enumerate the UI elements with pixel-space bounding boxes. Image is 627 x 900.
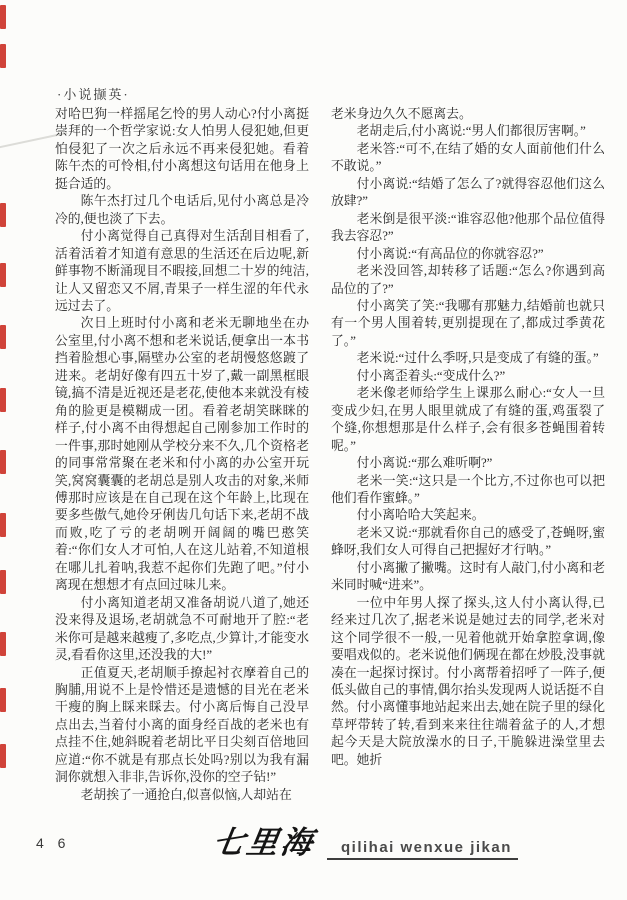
body-paragraph: 付小离觉得自己真得对生活刮目相看了,活着活着才知道有意思的生活还在后边呢,新鲜事… — [55, 228, 309, 315]
right-column: 老米身边久久不愿离去。老胡走后,付小离说:“男人们都很厉害啊。”老米答:“可不,… — [331, 106, 605, 824]
red-edge-mark — [0, 44, 6, 68]
journal-logo-pinyin: qilihai wenxue jikan — [327, 839, 518, 860]
body-paragraph: 陈午杰打过几个电话后,见付小离总是冷冷的,便也淡了下去。 — [55, 193, 309, 228]
left-column: 对哈巴狗一样摇尾乞怜的男人动心?付小离挺崇拜的一个哲学家说:女人怕男人侵犯她,但… — [55, 106, 309, 824]
body-paragraph: 对哈巴狗一样摇尾乞怜的男人动心?付小离挺崇拜的一个哲学家说:女人怕男人侵犯她,但… — [55, 106, 309, 193]
red-edge-mark — [0, 388, 6, 412]
red-edge-mark — [0, 632, 6, 656]
body-paragraph: 老米身边久久不愿离去。 — [331, 106, 605, 123]
red-edge-mark — [0, 203, 6, 227]
body-paragraph: 付小离撇了撇嘴。这时有人敲门,付小离和老米同时喊“进来”。 — [331, 560, 605, 595]
red-edge-mark — [0, 744, 6, 768]
red-edge-mark — [0, 325, 6, 349]
body-paragraph: 老米没回答,却转移了话题:“怎么?你遇到高品位的了?” — [331, 263, 605, 298]
body-paragraph: 一位中年男人探了探头,这人付小离认得,已经来过几次了,据老米说是她过去的同学,老… — [331, 595, 605, 770]
red-edge-mark — [0, 450, 6, 474]
body-paragraph: 老胡挨了一通抢白,似喜似恼,人却站在 — [55, 787, 309, 804]
section-header: ·小说撷英· — [57, 84, 130, 103]
body-paragraph: 付小离知道老胡又准备胡说八道了,她还没来得及退场,老胡就急不可耐地开了腔:“老米… — [55, 595, 309, 665]
journal-logo-chinese: 七里海 — [210, 826, 317, 860]
body-paragraph: 付小离说:“有高品位的你就容忍?” — [331, 246, 605, 263]
body-paragraph: 付小离说:“结婚了怎么了?就得容忍他们这么放肆?” — [331, 176, 605, 211]
body-paragraph: 付小离说:“那么难听啊?” — [331, 455, 605, 472]
body-paragraph: 老米答:“可不,在结了婚的女人面前他们什么不敢说。” — [331, 141, 605, 176]
body-paragraph: 老米说:“过什么季呀,只是变成了有缝的蛋。” — [331, 350, 605, 367]
scanned-magazine-page: ·小说撷英· 对哈巴狗一样摇尾乞怜的男人动心?付小离挺崇拜的一个哲学家说:女人怕… — [0, 0, 627, 900]
body-paragraph: 正值夏天,老胡顺手撩起衬衣摩着自己的胸脯,用说不上是怜惜还是遗憾的目光在老米干瘦… — [55, 665, 309, 787]
page-number: 4 6 — [36, 835, 70, 851]
body-paragraph: 老米像老师给学生上课那么耐心:“女人一旦变成少妇,在男人眼里就成了有缝的蛋,鸡蛋… — [331, 385, 605, 455]
red-edge-mark — [0, 570, 6, 594]
red-edge-mark — [0, 688, 6, 712]
body-paragraph: 次日上班时付小离和老米无聊地坐在办公室里,付小离不想和老米说话,便拿出一本书挡着… — [55, 315, 309, 594]
body-paragraph: 付小离笑了笑:“我哪有那魅力,结婚前也就只有一个男人围着转,更别提现在了,都成过… — [331, 298, 605, 350]
body-paragraph: 老胡走后,付小离说:“男人们都很厉害啊。” — [331, 123, 605, 140]
body-paragraph: 老米一笑:“这只是一个比方,不过你也可以把他们看作蜜蜂。” — [331, 473, 605, 508]
red-edge-mark — [0, 513, 6, 537]
red-edge-mark — [0, 263, 6, 287]
body-paragraph: 老米倒是很平淡:“谁容忍他?他那个品位值得我去容忍?” — [331, 211, 605, 246]
body-paragraph: 老米又说:“那就看你自己的感受了,苍蝇呀,蜜蜂呀,我们女人可得自己把握好才行呐。… — [331, 525, 605, 560]
body-paragraph: 付小离哈哈大笑起来。 — [331, 507, 605, 524]
red-edge-mark — [0, 5, 6, 29]
body-paragraph: 付小离歪着头:“变成什么?” — [331, 368, 605, 385]
journal-logo: 七里海 qilihai wenxue jikan — [213, 826, 518, 860]
